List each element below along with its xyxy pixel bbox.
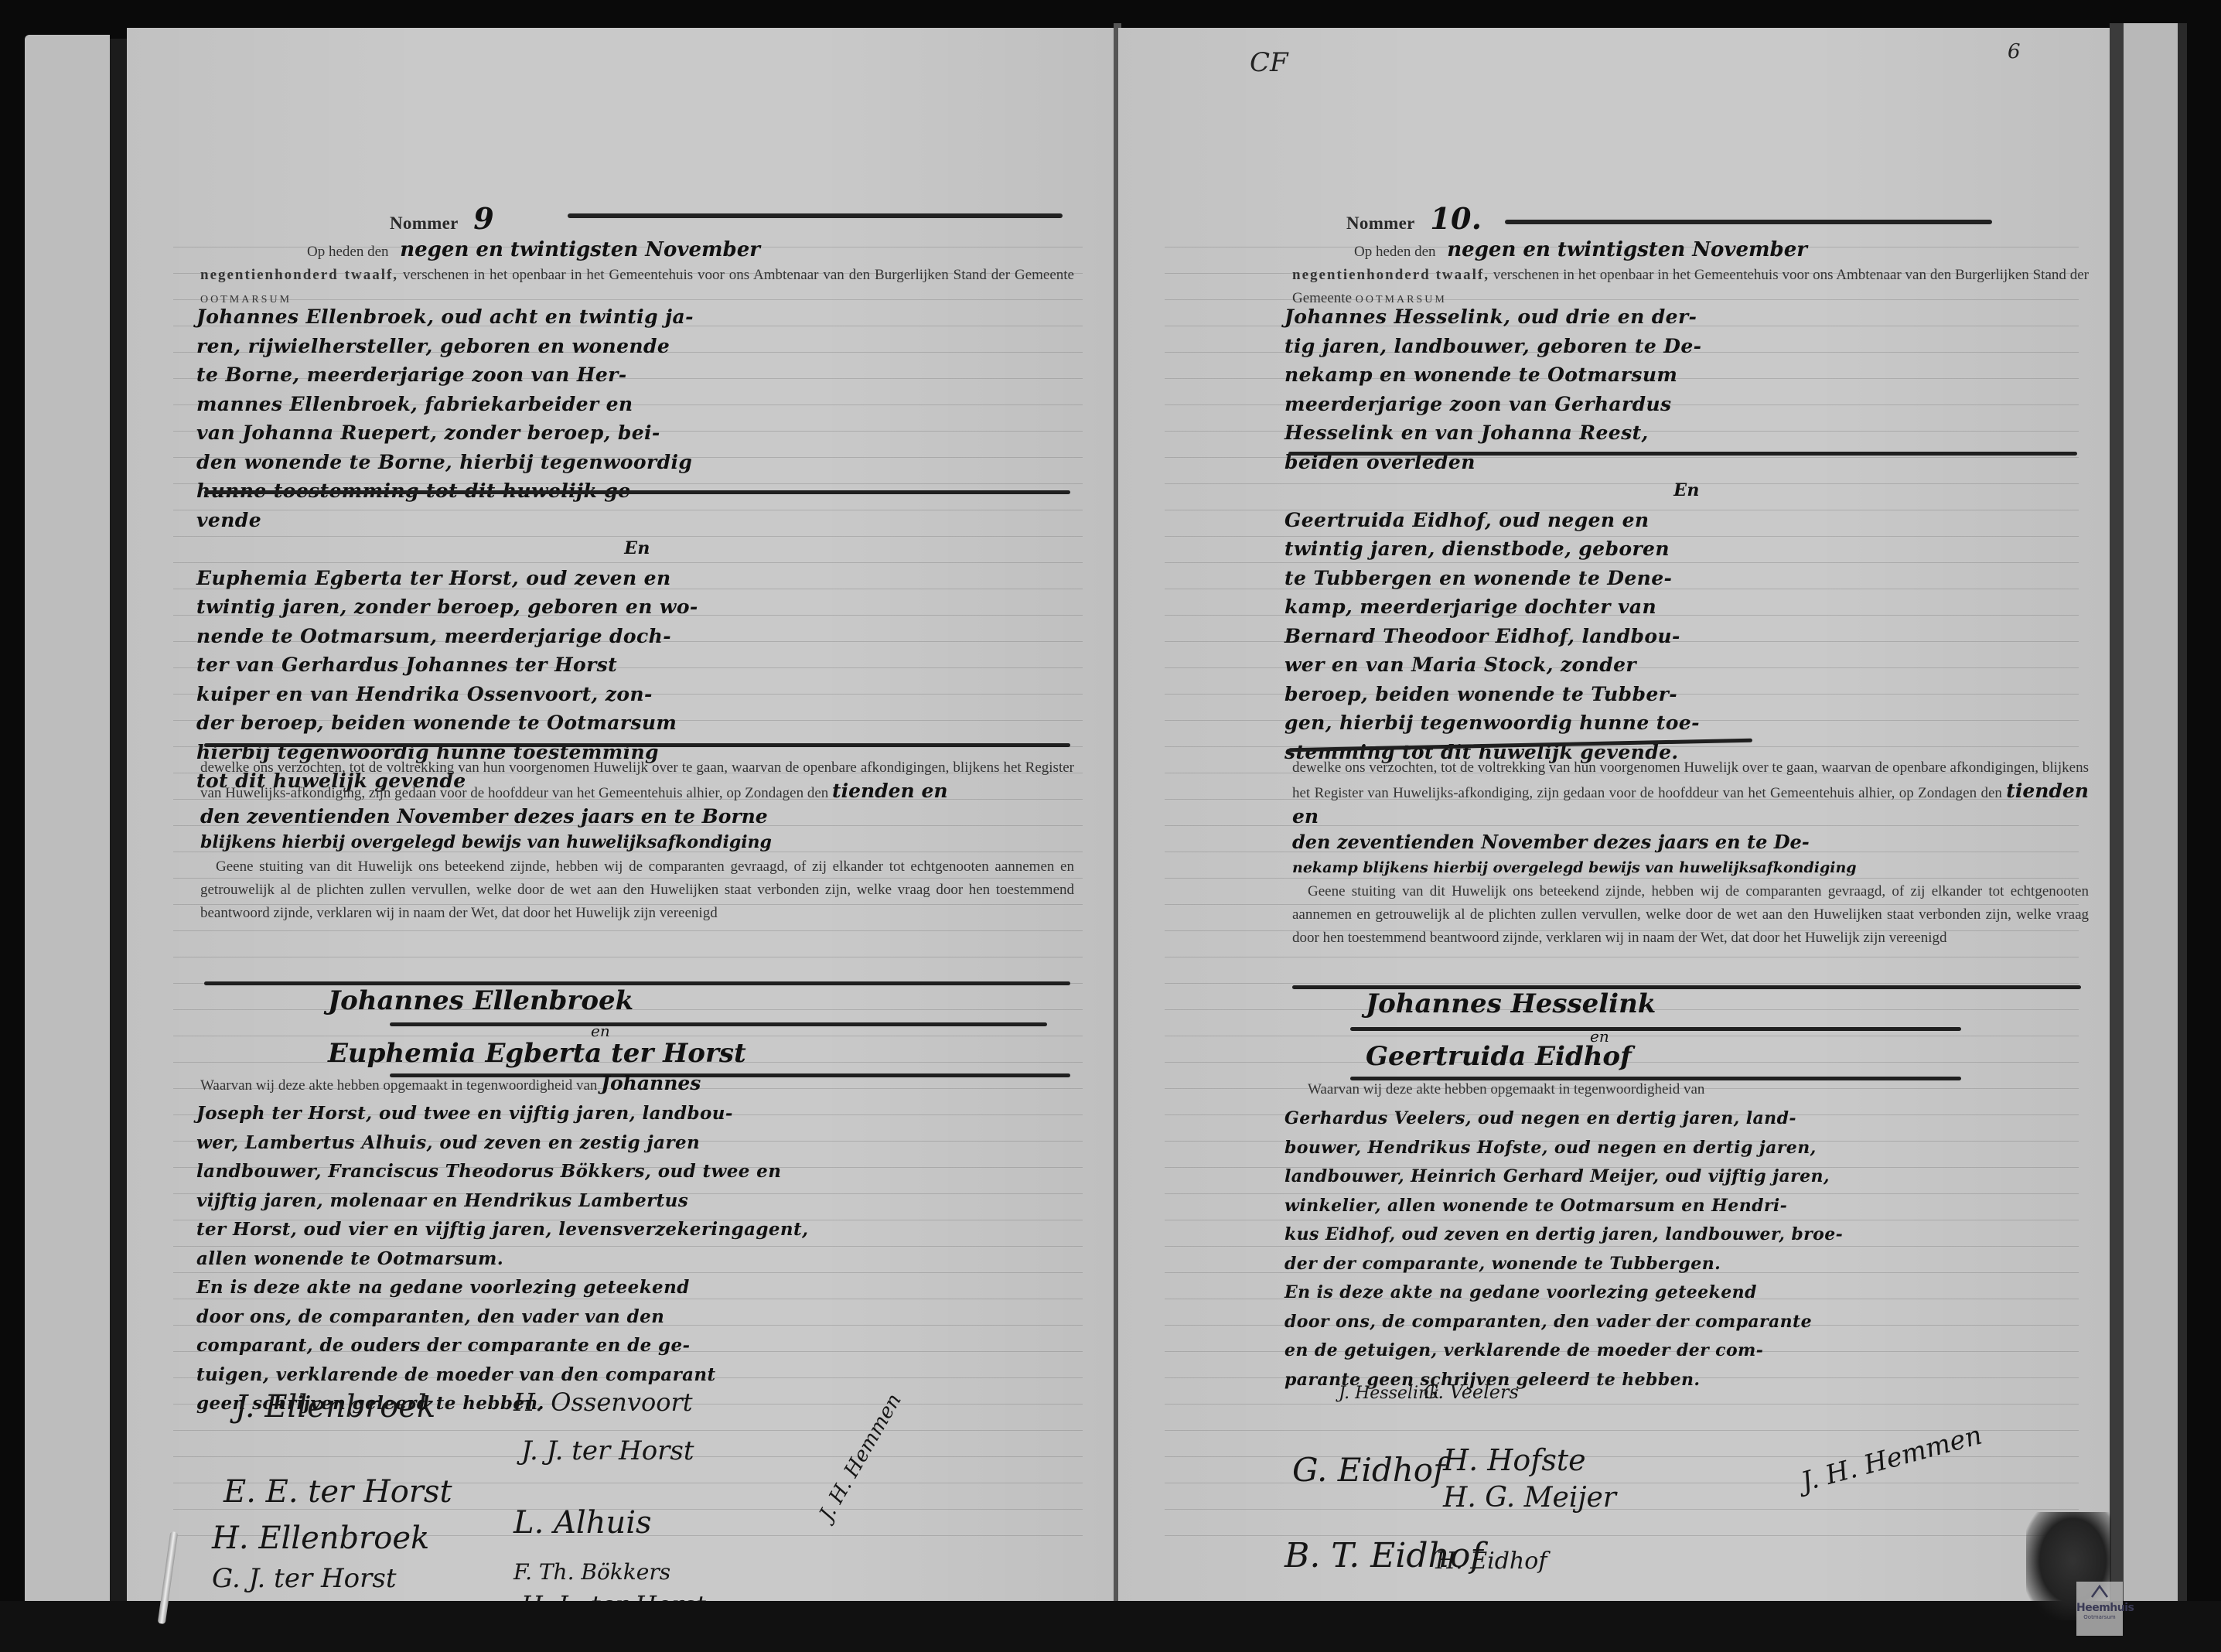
signature: G. Eidhof	[1292, 1451, 1445, 1489]
proclamation-line: tienden en	[832, 780, 947, 802]
right-page: CF 6 Nommer 10. Op heden den negen en tw…	[1118, 28, 2110, 1606]
name-underline	[1350, 1027, 1961, 1031]
en-separator: En	[196, 534, 1078, 564]
groom-line: meerderjarige zoon van Gerhardus	[1284, 390, 2089, 419]
year-bold: negentienhonderd twaalf,	[1292, 267, 1489, 283]
groom-line: Johannes Hesselink, oud drie en der-	[1284, 302, 2089, 332]
left-page: Nommer 9 Op heden den negen en twintigst…	[127, 28, 1114, 1606]
witness-line: landbouwer, Heinrich Gerhard Meijer, oud…	[1284, 1162, 2096, 1192]
record-number: Nommer 9	[390, 201, 494, 236]
witness-line: kus Eidhof, oud zeven en dertig jaren, l…	[1284, 1220, 2096, 1250]
witness-details: Gerhardus Veelers, oud negen en dertig j…	[1284, 1104, 2096, 1394]
bride-line: kuiper en van Hendrika Ossenvoort, zon-	[196, 680, 1078, 709]
bride-line: twintig jaren, dienstbode, geboren	[1284, 534, 2089, 564]
book-edge-left	[25, 35, 110, 1605]
groom-line: vende	[196, 506, 1078, 535]
witness-line: door ons, de comparanten, den vader van …	[196, 1302, 1078, 1332]
proclamation-printed: dewelke ons verzochten, tot de voltrekki…	[1292, 756, 2089, 950]
section-rule	[204, 490, 1070, 494]
book-edge-right	[2124, 23, 2178, 1616]
bride-line: gen, hierbij tegenwoordig hunne toe-	[1284, 708, 2089, 738]
witness-prefix-text: Waarvan wij deze akte hebben opgemaakt i…	[200, 1077, 597, 1094]
witness-prefix: Waarvan wij deze akte hebben opgemaakt i…	[1308, 1078, 2089, 1101]
page-number: 6	[2008, 40, 2021, 63]
signature: H. Eidhof	[1435, 1548, 1547, 1575]
section-rule	[204, 743, 1070, 747]
intro-rest: verschenen in het openbaar in het Gemeen…	[403, 267, 1074, 283]
witness-line: En is deze akte na gedane voorlezing get…	[196, 1273, 1078, 1302]
signature: H. Hofste	[1443, 1443, 1586, 1477]
groom-line: Johannes Ellenbroek, oud acht en twintig…	[196, 302, 1078, 332]
proclamation-printed: dewelke ons verzochten, tot de voltrekki…	[200, 756, 1074, 925]
nommer-value: 9	[473, 201, 494, 236]
intro-prefix: Op heden den	[307, 244, 389, 260]
bride-line: te Tubbergen en wonende te Dene-	[1284, 564, 2089, 593]
signature: E. E. ter Horst	[223, 1474, 452, 1510]
groom-line: den wonende te Borne, hierbij tegenwoord…	[196, 448, 1078, 477]
signature: H. Ellenbroek	[212, 1521, 429, 1556]
witness-line: vijftig jaren, molenaar en Hendrikus Lam…	[196, 1186, 1078, 1216]
intro-prefix: Op heden den	[1354, 244, 1436, 260]
printed-body-2: Geene stuiting van dit Huwelijk ons bete…	[1292, 883, 2089, 946]
binding-strip-left	[110, 39, 127, 1609]
bride-line: nende te Ootmarsum, meerderjarige doch-	[196, 622, 1078, 651]
book-edge-right-dark	[2178, 23, 2187, 1616]
bride-line: beroep, beiden wonende te Tubber-	[1284, 680, 2089, 709]
bride-line: twintig jaren, zonder beroep, geboren en…	[196, 592, 1078, 622]
united-bride-name: Euphemia Egberta ter Horst	[328, 1038, 746, 1069]
witness-line: Johannes	[601, 1072, 701, 1094]
signature: G. Veelers	[1424, 1381, 1519, 1403]
scan-bottom-border	[0, 1601, 2221, 1652]
groom-details: Johannes Ellenbroek, oud acht en twintig…	[196, 302, 1078, 796]
witness-line: allen wonende te Ootmarsum.	[196, 1244, 1078, 1274]
printed-body-2: Geene stuiting van dit Huwelijk ons bete…	[200, 858, 1074, 921]
bride-line: Euphemia Egberta ter Horst, oud zeven en	[196, 564, 1078, 593]
nommer-label: Nommer	[390, 213, 458, 233]
intro-printed: Op heden den negen en twintigsten Novemb…	[200, 238, 1074, 312]
section-rule	[1288, 452, 2077, 456]
groom-line: te Borne, meerderjarige zoon van Her-	[196, 360, 1078, 390]
binding-strip-right	[2110, 23, 2124, 1616]
witness-line: door ons, de comparanten, den vader der …	[1284, 1308, 2096, 1337]
nommer-underline	[1505, 220, 1992, 224]
witness-prefix-text: Waarvan wij deze akte hebben opgemaakt i…	[1308, 1081, 1704, 1097]
united-groom-name: Johannes Hesselink	[1366, 988, 1656, 1019]
witness-line: ter Horst, oud vier en vijftig jaren, le…	[196, 1215, 1078, 1244]
groom-line: nekamp en wonende te Ootmarsum	[1284, 360, 2089, 390]
witness-line: der der comparante, wonende te Tubbergen…	[1284, 1250, 2096, 1279]
archive-mark: CF	[1250, 47, 1288, 78]
signature: J. Ellenbroek	[235, 1389, 435, 1425]
witness-details: Joseph ter Horst, oud twee en vijftig ja…	[196, 1099, 1078, 1418]
witness-line: Gerhardus Veelers, oud negen en dertig j…	[1284, 1104, 2096, 1134]
year-bold: negentienhonderd twaalf,	[200, 267, 398, 283]
proclamation-line: den zeventienden November dezes jaars en…	[1292, 831, 1810, 853]
witness-line: en de getuigen, verklarende de moeder de…	[1284, 1336, 2096, 1366]
signature: L. Alhuis	[513, 1505, 652, 1541]
groom-line: ren, rijwielhersteller, geboren en wonen…	[196, 332, 1078, 361]
bride-line: Bernard Theodoor Eidhof, landbou-	[1284, 622, 2089, 651]
witness-prefix: Waarvan wij deze akte hebben opgemaakt i…	[200, 1072, 1074, 1097]
nommer-value: 10.	[1430, 201, 1482, 236]
witness-line: En is deze akte na gedane voorlezing get…	[1284, 1278, 2096, 1308]
bride-line: kamp, meerderjarige dochter van	[1284, 592, 2089, 622]
bride-line: wer en van Maria Stock, zonder	[1284, 650, 2089, 680]
nommer-label: Nommer	[1346, 213, 1414, 233]
witness-line: tuigen, verklarende de moeder van den co…	[196, 1360, 1078, 1390]
witness-line: comparant, de ouders der comparante en d…	[196, 1331, 1078, 1360]
register-book-scan: Nommer 9 Op heden den negen en twintigst…	[0, 0, 2221, 1652]
witness-line: wer, Lambertus Alhuis, oud zeven en zest…	[196, 1128, 1078, 1158]
signature: H. G. Meijer	[1443, 1482, 1616, 1514]
united-bride-name: Geertruida Eidhof	[1366, 1041, 1632, 1072]
witness-line: winkelier, allen wonende te Ootmarsum en…	[1284, 1192, 2096, 1221]
en-separator: En	[1284, 476, 2089, 506]
printed-body-1: dewelke ons verzochten, tot de voltrekki…	[1292, 759, 2089, 801]
witness-line: Joseph ter Horst, oud twee en vijftig ja…	[196, 1099, 1078, 1128]
proclamation-line: den zeventienden November dezes jaars en…	[200, 805, 768, 828]
roof-logo-icon	[2090, 1585, 2109, 1599]
witness-line: bouwer, Hendrikus Hofste, oud negen en d…	[1284, 1134, 2096, 1163]
bride-line: Geertruida Eidhof, oud negen en	[1284, 506, 2089, 535]
intro-printed: Op heden den negen en twintigsten Novemb…	[1292, 238, 2089, 312]
bride-line: ter van Gerhardus Johannes ter Horst	[196, 650, 1078, 680]
name-underline	[390, 1022, 1047, 1026]
bride-line: der beroep, beiden wonende te Ootmarsum	[196, 708, 1078, 738]
groom-line: van Johanna Ruepert, zonder beroep, bei-	[196, 418, 1078, 448]
signature: J. J. ter Horst	[521, 1435, 694, 1466]
united-groom-name: Johannes Ellenbroek	[328, 985, 633, 1016]
proclamation-line: blijkens hierbij overgelegd bewijs van h…	[200, 832, 772, 852]
record-number: Nommer 10.	[1346, 201, 1482, 236]
signature: H. Ossenvoort	[513, 1387, 693, 1417]
watermark-name: Heemhuis	[2076, 1602, 2123, 1614]
date-handwritten: negen en twintigsten November	[400, 238, 760, 261]
signature: G. J. ter Horst	[212, 1563, 397, 1594]
groom-line: mannes Ellenbroek, fabriekarbeider en	[196, 390, 1078, 419]
watermark-sub: Ootmarsum	[2076, 1614, 2123, 1620]
signature: F. Th. Bökkers	[513, 1559, 670, 1585]
groom-details: Johannes Hesselink, oud drie en der- tig…	[1284, 302, 2089, 766]
nommer-underline	[568, 213, 1063, 218]
proclamation-line: nekamp blijkens hierbij overgelegd bewij…	[1292, 859, 1857, 876]
groom-line: Hesselink en van Johanna Reest,	[1284, 418, 2089, 448]
heemhuis-watermark: Heemhuis Ootmarsum	[2076, 1582, 2123, 1636]
witness-line: landbouwer, Franciscus Theodorus Bökkers…	[196, 1157, 1078, 1186]
groom-line: tig jaren, landbouwer, geboren te De-	[1284, 332, 2089, 361]
date-handwritten: negen en twintigsten November	[1447, 238, 1807, 261]
